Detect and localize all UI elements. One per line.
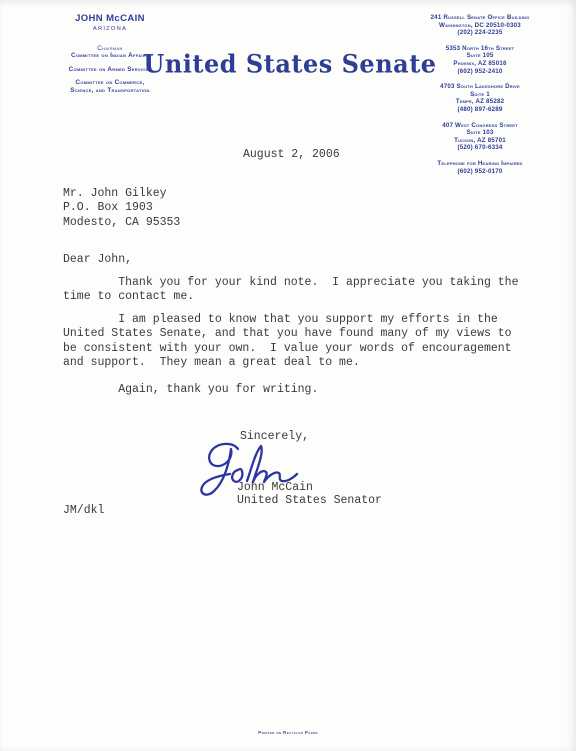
committee-line: Committee on Commerce, xyxy=(34,79,186,86)
office-line: Phoenix, AZ 85016 xyxy=(394,60,566,68)
letter-page: JOHN McCAIN ARIZONA Chairman Committee o… xyxy=(0,0,576,751)
office-block: Telephone for Hearing Impaired (602) 952… xyxy=(394,160,566,175)
body-paragraph: Thank you for your kind note. I apprecia… xyxy=(63,276,543,305)
signer-title: United States Senator xyxy=(237,494,382,508)
senator-state: ARIZONA xyxy=(34,26,186,32)
office-line: 4703 South Lakeshore Drive xyxy=(394,83,566,91)
office-block: 241 Russell Senate Office Building Washi… xyxy=(394,14,566,37)
recycled-paper-note: Printed on Recycled Paper xyxy=(0,731,576,736)
body-paragraph: Again, thank you for writing. xyxy=(63,383,543,397)
letterhead-office-list: 241 Russell Senate Office Building Washi… xyxy=(394,14,566,183)
committee-line: Science, and Transportation xyxy=(34,87,186,94)
office-line: Tucson, AZ 85701 xyxy=(394,137,566,145)
body-paragraph: I am pleased to know that you support my… xyxy=(63,313,543,370)
office-line: 5353 North 16th Street xyxy=(394,45,566,53)
date-line: August 2, 2006 xyxy=(243,148,340,162)
office-block: 4703 South Lakeshore Drive Suite 1 Tempe… xyxy=(394,83,566,113)
typist-reference: JM/dkl xyxy=(63,504,104,518)
office-line: Suite 105 xyxy=(394,52,566,60)
office-line: (202) 224-2235 xyxy=(394,29,566,37)
office-line: (480) 897-6289 xyxy=(394,106,566,114)
office-block: 5353 North 16th Street Suite 105 Phoenix… xyxy=(394,45,566,75)
committee-block: Committee on Commerce, Science, and Tran… xyxy=(34,79,186,94)
senator-name: JOHN McCAIN xyxy=(34,13,186,24)
office-line: 241 Russell Senate Office Building xyxy=(394,14,566,22)
office-line: 407 West Congress Street xyxy=(394,122,566,130)
office-line: Suite 1 xyxy=(394,91,566,99)
office-line: Suite 103 xyxy=(394,129,566,137)
office-line: Telephone for Hearing Impaired xyxy=(394,160,566,168)
office-line: (520) 670-6334 xyxy=(394,144,566,152)
office-line: (602) 952-2410 xyxy=(394,68,566,76)
office-line: (602) 952-0170 xyxy=(394,168,566,176)
office-line: Tempe, AZ 85282 xyxy=(394,98,566,106)
office-block: 407 West Congress Street Suite 103 Tucso… xyxy=(394,122,566,152)
salutation: Dear John, xyxy=(63,253,132,267)
recipient-address: Mr. John Gilkey P.O. Box 1903 Modesto, C… xyxy=(63,187,180,230)
office-line: Washington, DC 20510-0303 xyxy=(394,22,566,30)
